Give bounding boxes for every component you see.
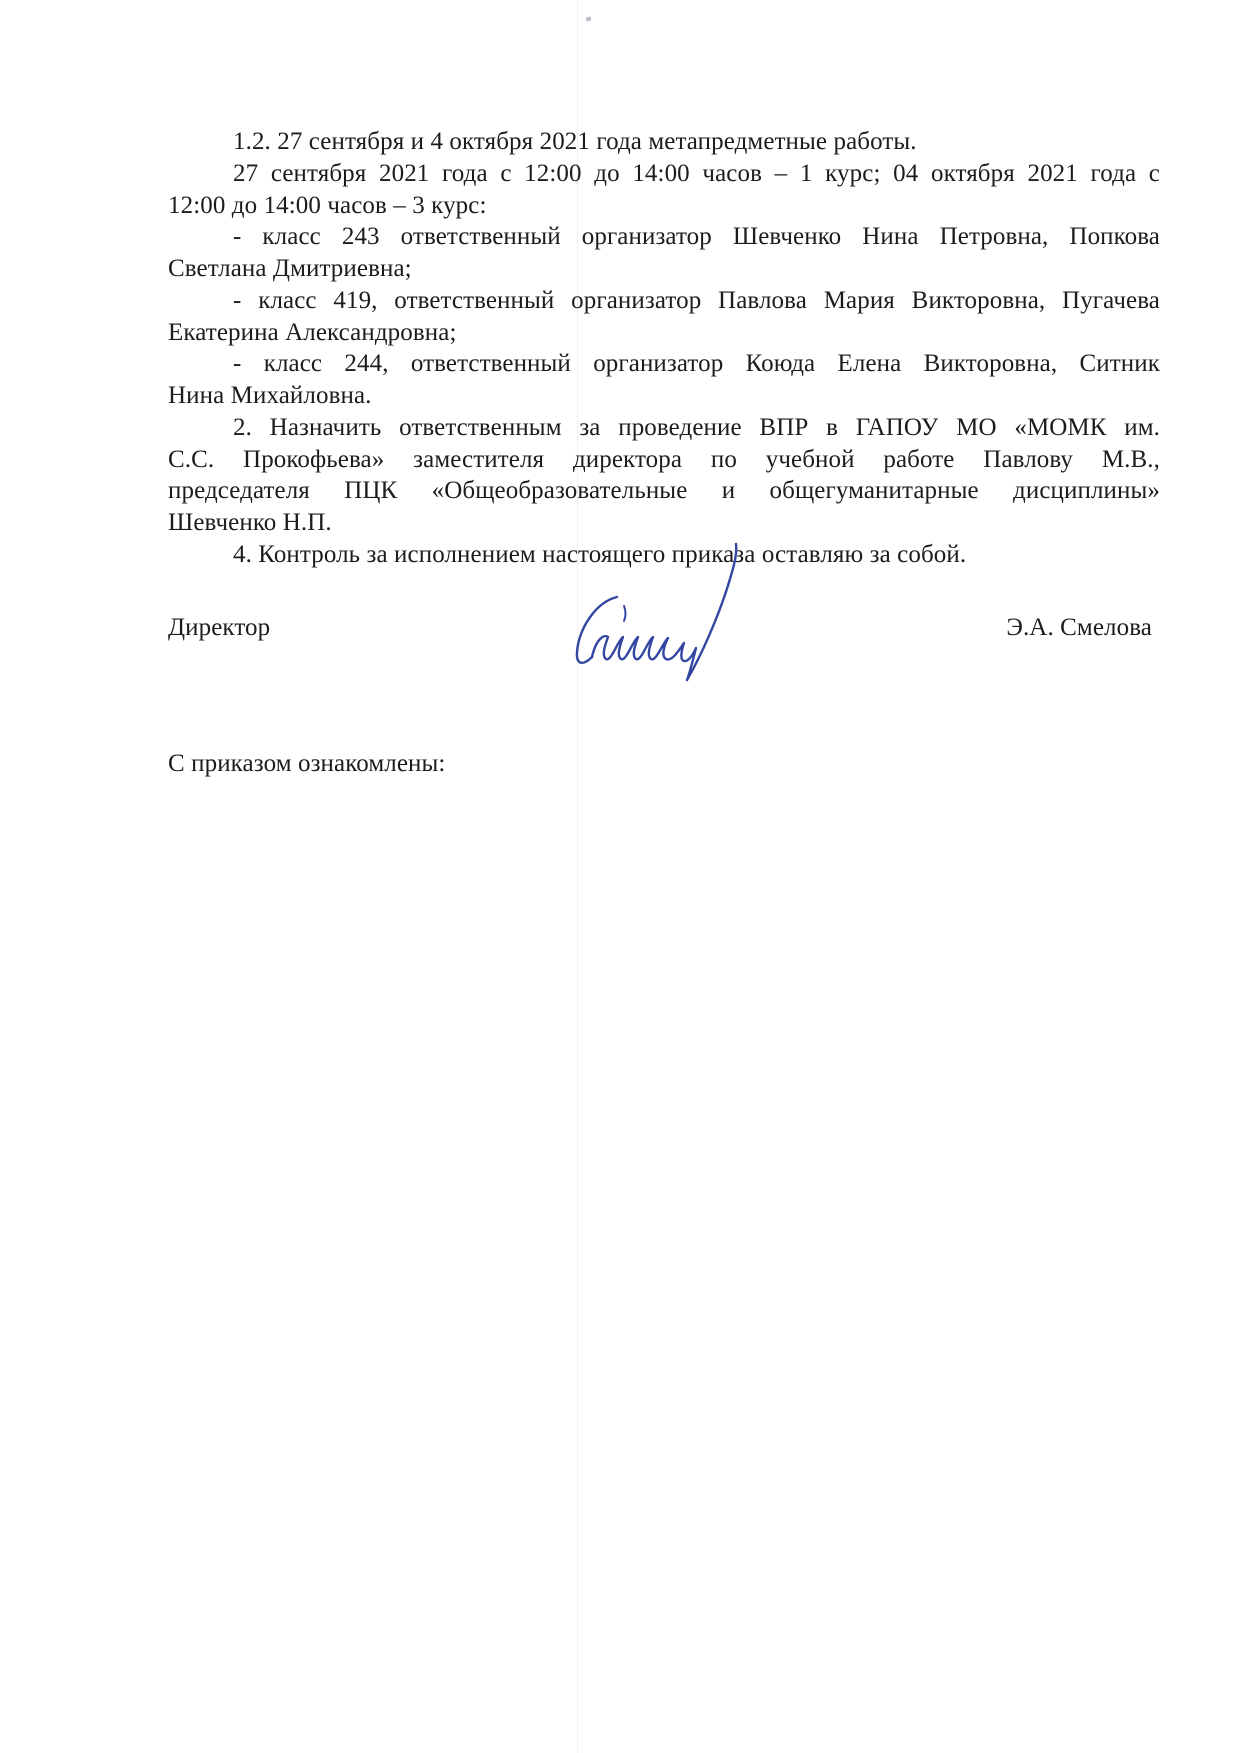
signature-stroke: [687, 544, 736, 680]
text-line: 27 сентября 2021 года с 12:00 до 14:00 ч…: [168, 158, 1160, 190]
text-line: Шевченко Н.П.: [168, 507, 1160, 539]
scan-artifact-speck: [586, 17, 592, 22]
document-body: 1.2. 27 сентября и 4 октября 2021 года м…: [168, 126, 1160, 571]
scanned-document-page: { "page": { "background": "#ffffff", "te…: [0, 0, 1240, 1753]
text-line: - класс 243 ответственный организатор Ше…: [168, 221, 1160, 253]
text-line: 1.2. 27 сентября и 4 октября 2021 года м…: [168, 126, 1160, 158]
text-line: 12:00 до 14:00 часов – 3 курс:: [168, 190, 1160, 222]
signer-name: Э.А. Смелова: [1006, 612, 1160, 644]
text-line: Екатерина Александровна;: [168, 317, 1160, 349]
signature-stroke: [592, 636, 696, 680]
text-line: председателя ПЦК «Общеобразовательные и …: [168, 475, 1160, 507]
text-line: 2. Назначить ответственным за проведение…: [168, 412, 1160, 444]
text-line: С.С. Прокофьева» заместителя директора п…: [168, 444, 1160, 476]
signature-stroke: [624, 606, 626, 621]
signature-stroke: [577, 597, 617, 663]
text-line: Нина Михайловна.: [168, 380, 1160, 412]
director-label: Директор: [168, 612, 270, 644]
text-line: - класс 419, ответственный организатор П…: [168, 285, 1160, 317]
text-line: Светлана Дмитриевна;: [168, 253, 1160, 285]
acknowledgement-label: С приказом ознакомлены:: [168, 748, 445, 780]
text-line: - класс 244, ответственный организатор К…: [168, 348, 1160, 380]
handwritten-signature-image: [560, 536, 756, 690]
